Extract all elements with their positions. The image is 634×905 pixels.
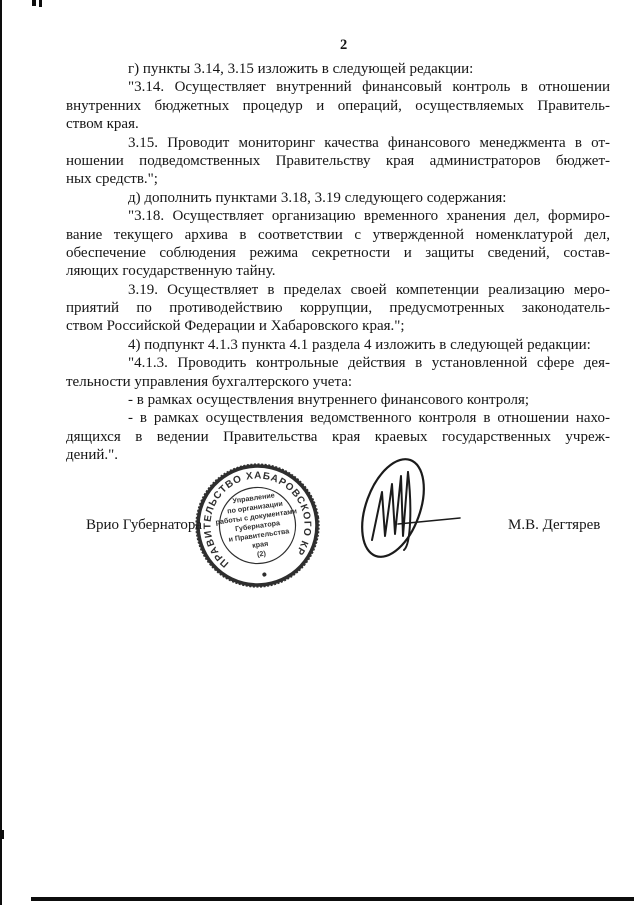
handwritten-signature: [346, 446, 470, 600]
text-line: 3.15. Проводит мониторинг качества финан…: [66, 134, 610, 152]
stamp-center-line-7: (2): [256, 548, 267, 558]
text-line: ством края.: [66, 115, 610, 133]
official-stamp: ПРАВИТЕЛЬСТВО ХАБАРОВСКОГО КРАЯ Управлен…: [194, 462, 321, 589]
scanned-document-page: 2 г) пункты 3.14, 3.15 изложить в следую…: [0, 0, 634, 905]
scan-edge-left: [0, 0, 2, 905]
scan-edge-bottom: [31, 897, 634, 901]
text-line: обеспечение соблюдения режима секретност…: [66, 244, 610, 262]
text-line: тельности управления бухгалтерского учет…: [66, 373, 610, 391]
scan-artifact-left: [0, 830, 4, 839]
stamp-center-line-6: края: [252, 539, 269, 550]
text-line: вание текущего архива в соответствии с у…: [66, 226, 610, 244]
signature-underline: [398, 518, 460, 524]
text-line: приятий по противодействию коррупции, пр…: [66, 299, 610, 317]
text-line: 4) подпункт 4.1.3 пункта 4.1 раздела 4 и…: [66, 336, 610, 354]
page-number: 2: [340, 37, 347, 54]
text-line: дящихся в ведении Правительства края кра…: [66, 428, 610, 446]
signer-name: М.В. Дегтярев: [508, 517, 600, 534]
text-line: внутренних бюджетных процедур и операций…: [66, 97, 610, 115]
scan-artifact-top-2: [39, 0, 42, 7]
stamp-separator-dot: [262, 572, 267, 577]
text-line: ством Российской Федерации и Хабаровског…: [66, 317, 610, 335]
text-line: г) пункты 3.14, 3.15 изложить в следующе…: [66, 60, 610, 78]
text-line: ношении подведомственных Правительству к…: [66, 152, 610, 170]
text-line: "3.14. Осуществляет внутренний финансовы…: [66, 78, 610, 96]
signer-title: Врио Губернатора: [86, 517, 202, 534]
text-line: д) дополнить пунктами 3.18, 3.19 следующ…: [66, 189, 610, 207]
text-line: дений.".: [66, 446, 610, 464]
text-line: ляющих государственную тайну.: [66, 262, 610, 280]
text-line: "4.1.3. Проводить контрольные действия в…: [66, 354, 610, 372]
signature-zigzag: [372, 472, 408, 540]
text-line: 3.19. Осуществляет в пределах своей комп…: [66, 281, 610, 299]
text-line: "3.18. Осуществляет организацию временно…: [66, 207, 610, 225]
scan-artifact-top-1: [32, 0, 36, 6]
text-line: ных средств.";: [66, 170, 610, 188]
document-body: г) пункты 3.14, 3.15 изложить в следующе…: [66, 60, 610, 465]
text-line: - в рамках осуществления ведомственного …: [66, 409, 610, 427]
text-line: - в рамках осуществления внутреннего фин…: [66, 391, 610, 409]
